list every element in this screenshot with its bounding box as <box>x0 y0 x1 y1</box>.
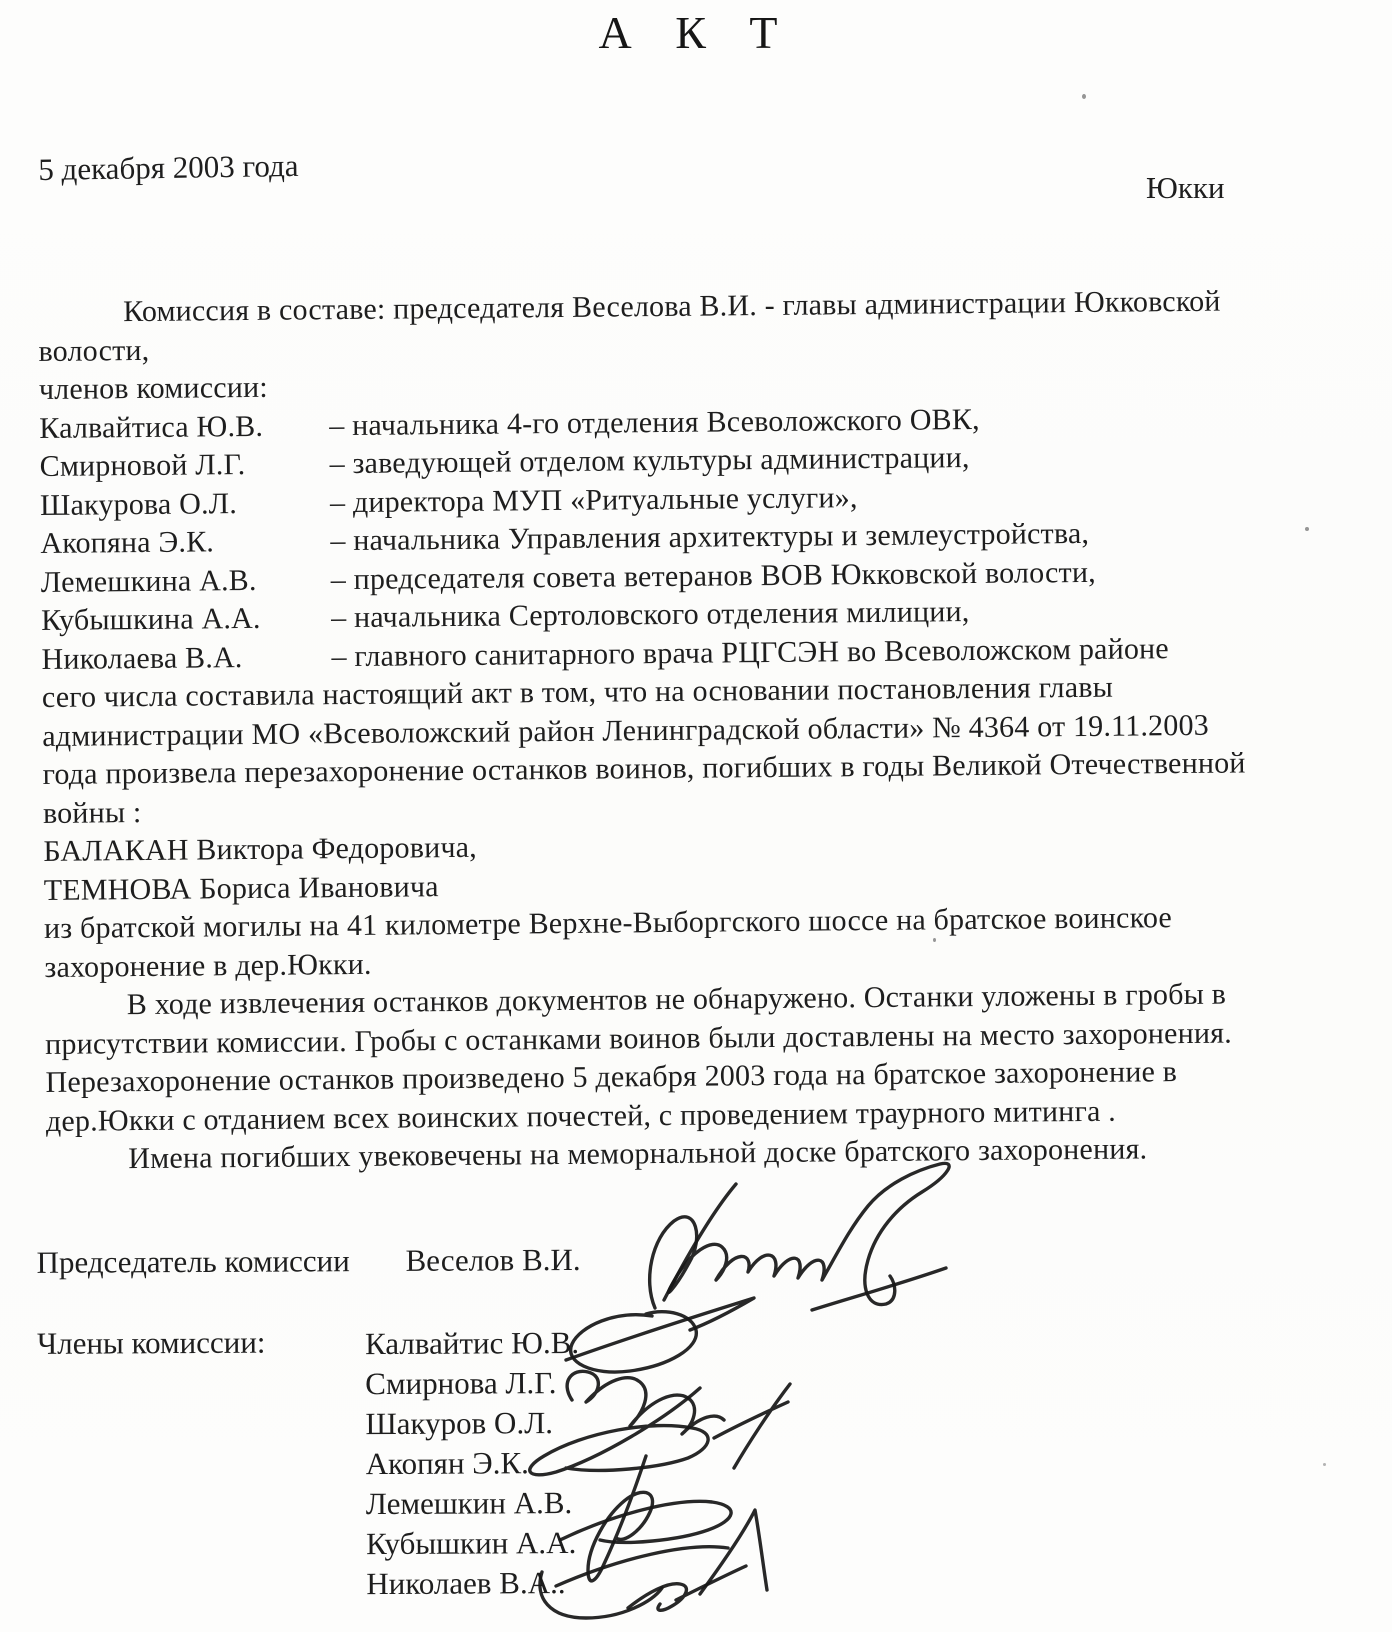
signature-section: Председатель комиссии Веселов В.И. Члены… <box>0 0 1392 1632</box>
scan-speck <box>1323 1463 1326 1466</box>
scan-speck <box>933 938 936 942</box>
signer-name: Калвайтис Ю.В. <box>365 1323 579 1364</box>
members-signature-names: Калвайтис Ю.В. Смирнова Л.Г. Шакуров О.Л… <box>365 1323 581 1604</box>
chairman-name: Веселов В.И. <box>405 1242 580 1278</box>
signer-name: Лемешкин А.В. <box>366 1483 580 1524</box>
scanned-act-document: А К Т 5 декабря 2003 года Юкки Комиссия … <box>0 0 1392 1632</box>
scan-speck <box>1305 527 1309 531</box>
signer-name: Николаев В.А.. <box>366 1563 580 1604</box>
scan-speck <box>1082 94 1086 99</box>
members-signature-label: Члены комиссии: <box>37 1325 266 1362</box>
signer-name: Смирнова Л.Г. <box>365 1363 579 1404</box>
signer-name: Акопян Э.К. <box>366 1443 580 1484</box>
signer-name: Шакуров О.Л. <box>365 1403 579 1444</box>
signer-name: Кубышкин А.А. <box>366 1523 580 1564</box>
chairman-signature-row: Председатель комиссии Веселов В.И. <box>37 1242 581 1281</box>
chairman-label: Председатель комиссии <box>37 1243 350 1280</box>
